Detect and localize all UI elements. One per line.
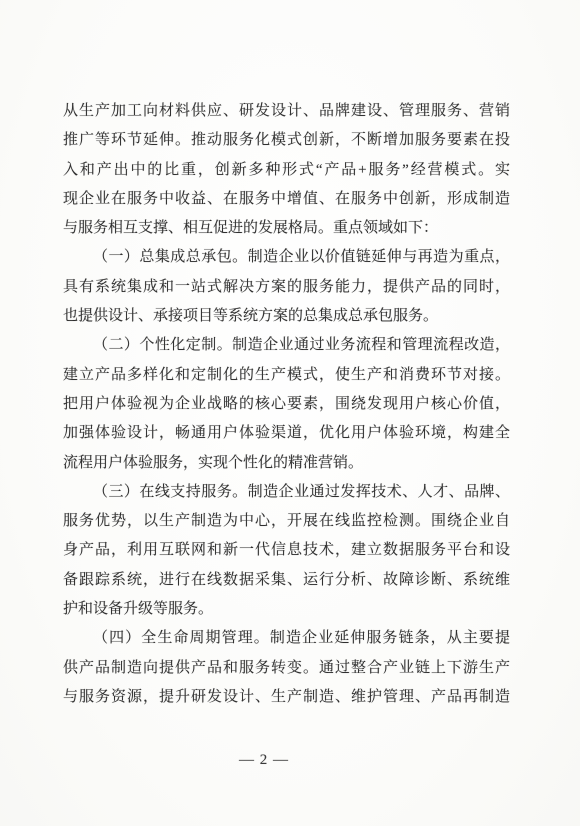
text-line: 加强体验设计，畅通用户体验渠道，优化用户体验环境，构建全 bbox=[63, 419, 510, 448]
page-number: — 2 — bbox=[0, 752, 528, 769]
text-line: 身产品，利用互联网和新一代信息技术，建立数据服务平台和设 bbox=[63, 536, 510, 565]
text-line: 服务优势，以生产制造为中心，开展在线监控检测。围绕企业自 bbox=[63, 507, 510, 536]
text-line: 流程用户体验服务，实现个性化的精准营销。 bbox=[63, 449, 510, 478]
text-block: 从生产加工向材料供应、研发设计、品牌建设、管理服务、营销推广等环节延伸。推动服务… bbox=[63, 97, 510, 712]
text-line: （三）在线支持服务。制造企业通过发挥技术、人才、品牌、 bbox=[63, 478, 510, 507]
text-line: 入和产出中的比重，创新多种形式“产品+服务”经营模式。实 bbox=[63, 156, 510, 185]
document-page: 从生产加工向材料供应、研发设计、品牌建设、管理服务、营销推广等环节延伸。推动服务… bbox=[0, 0, 580, 826]
text-line: 建立产品多样化和定制化的生产模式，使生产和消费环节对接。 bbox=[63, 361, 510, 390]
text-line: 护和设备升级等服务。 bbox=[63, 595, 510, 624]
text-line: 也提供设计、承接项目等系统方案的总集成总承包服务。 bbox=[63, 302, 510, 331]
text-line: 与服务资源，提升研发设计、生产制造、维护管理、产品再制造 bbox=[63, 683, 510, 712]
text-line: 推广等环节延伸。推动服务化模式创新，不断增加服务要素在投 bbox=[63, 126, 510, 155]
text-line: 从生产加工向材料供应、研发设计、品牌建设、管理服务、营销 bbox=[63, 97, 510, 126]
text-line: 具有系统集成和一站式解决方案的服务能力，提供产品的同时， bbox=[63, 273, 510, 302]
text-line: （一）总集成总承包。制造企业以价值链延伸与再造为重点， bbox=[63, 243, 510, 272]
text-line: 与服务相互支撑、相互促进的发展格局。重点领域如下： bbox=[63, 214, 510, 243]
text-line: 把用户体验视为企业战略的核心要素，围绕发现用户核心价值， bbox=[63, 390, 510, 419]
text-line: 现企业在服务中收益、在服务中增值、在服务中创新，形成制造 bbox=[63, 185, 510, 214]
text-line: 供产品制造向提供产品和服务转变。通过整合产业链上下游生产 bbox=[63, 654, 510, 683]
text-line: 备跟踪系统，进行在线数据采集、运行分析、故障诊断、系统维 bbox=[63, 566, 510, 595]
text-line: （四）全生命周期管理。制造企业延伸服务链条，从主要提 bbox=[63, 624, 510, 653]
text-line: （二）个性化定制。制造企业通过业务流程和管理流程改造， bbox=[63, 331, 510, 360]
